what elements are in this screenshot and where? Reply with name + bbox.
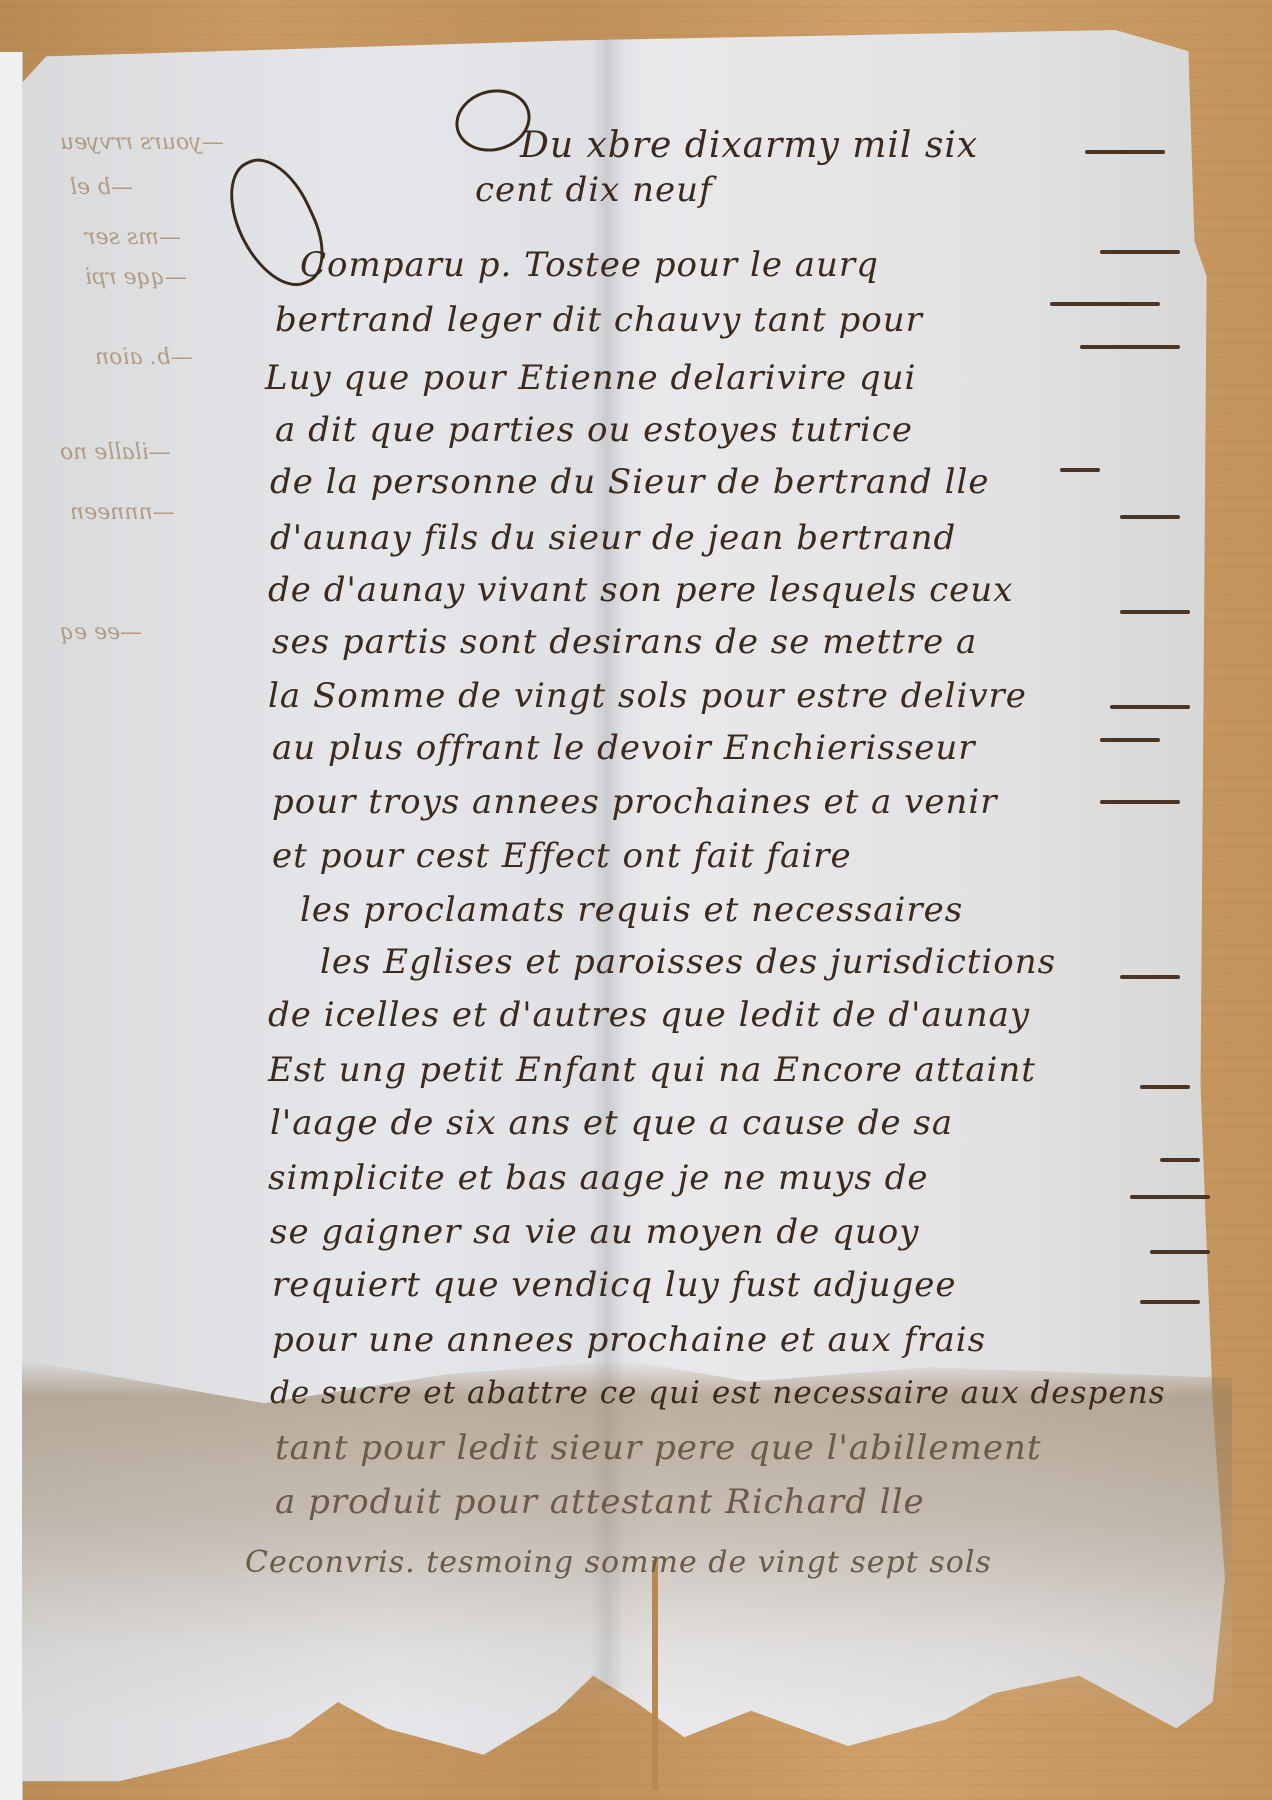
margin-show-through: —yours rrvyeu [60, 130, 224, 155]
body-line: bertrand leger dit chauvy tant pour [275, 300, 923, 340]
body-line: les Eglises et paroisses des jurisdictio… [320, 942, 1056, 982]
margin-show-through: —ms ser [85, 225, 181, 250]
body-line: de sucre et abattre ce qui est necessair… [270, 1375, 1166, 1411]
body-line: de icelles et d'autres que ledit de d'au… [268, 995, 1030, 1035]
body-line: tant pour ledit sieur pere que l'abillem… [275, 1428, 1042, 1468]
body-line: l'aage de six ans et que a cause de sa [270, 1103, 953, 1143]
body-line: au plus offrant le devoir Enchierisseur [272, 728, 976, 768]
heading-line: Du xbre dixarmy mil six [520, 125, 978, 166]
adjacent-page-edge [0, 52, 23, 1800]
margin-show-through: —qqe rpi [85, 265, 187, 290]
water-stain [22, 1360, 1232, 1720]
body-line: Luy que pour Etienne delarivire qui [265, 358, 916, 398]
body-line: Est ung petit Enfant qui na Encore attai… [268, 1050, 1036, 1090]
line-end-dash [1085, 150, 1165, 154]
body-line: et pour cest Effect ont fait faire [272, 836, 852, 876]
heading-line: cent dix neuf [475, 170, 713, 210]
body-line: pour une annees prochaine et aux frais [272, 1320, 986, 1360]
body-line: les proclamats requis et necessaires [300, 890, 963, 930]
line-end-dash [1100, 250, 1180, 254]
body-line: se gaigner sa vie au moyen de quoy [270, 1212, 919, 1252]
margin-show-through: —ee eq [60, 620, 142, 645]
line-end-dash [1140, 1300, 1200, 1304]
body-line: d'aunay fils du sieur de jean bertrand [270, 518, 956, 558]
line-end-dash [1160, 1158, 1200, 1162]
paper-tear [652, 1560, 658, 1790]
line-end-dash [1120, 515, 1180, 519]
line-end-dash [1060, 468, 1100, 472]
body-line: de d'aunay vivant son pere lesquels ceux [268, 570, 1013, 610]
margin-show-through: —b el [70, 175, 133, 200]
line-end-dash [1120, 975, 1180, 979]
line-end-dash [1110, 705, 1190, 709]
body-line: de la personne du Sieur de bertrand lle [270, 462, 990, 502]
body-line: ses partis sont desirans de se mettre a [272, 622, 977, 662]
margin-show-through: —ilalle no [60, 440, 171, 465]
body-line: a produit pour attestant Richard lle [275, 1482, 925, 1522]
line-end-dash [1120, 610, 1190, 614]
body-line: simplicite et bas aage je ne muys de [268, 1158, 928, 1198]
body-line: Ceconvris. tesmoing somme de vingt sept … [245, 1545, 992, 1580]
line-end-dash [1100, 738, 1160, 742]
body-line: a dit que parties ou estoyes tutrice [275, 410, 913, 450]
body-line: la Somme de vingt sols pour estre delivr… [268, 676, 1027, 716]
line-end-dash [1050, 302, 1160, 306]
line-end-dash [1080, 345, 1180, 349]
line-end-dash [1100, 800, 1180, 804]
line-end-dash [1150, 1250, 1210, 1254]
body-line: pour troys annees prochaines et a venir [272, 782, 997, 822]
body-line: Comparu p. Tostee pour le aurq [300, 245, 879, 285]
margin-show-through: —nnneen [70, 500, 175, 525]
line-end-dash [1130, 1195, 1210, 1199]
line-end-dash [1140, 1085, 1190, 1089]
body-line: requiert que vendicq luy fust adjugee [272, 1265, 957, 1305]
margin-show-through: —b. aion [95, 345, 193, 370]
